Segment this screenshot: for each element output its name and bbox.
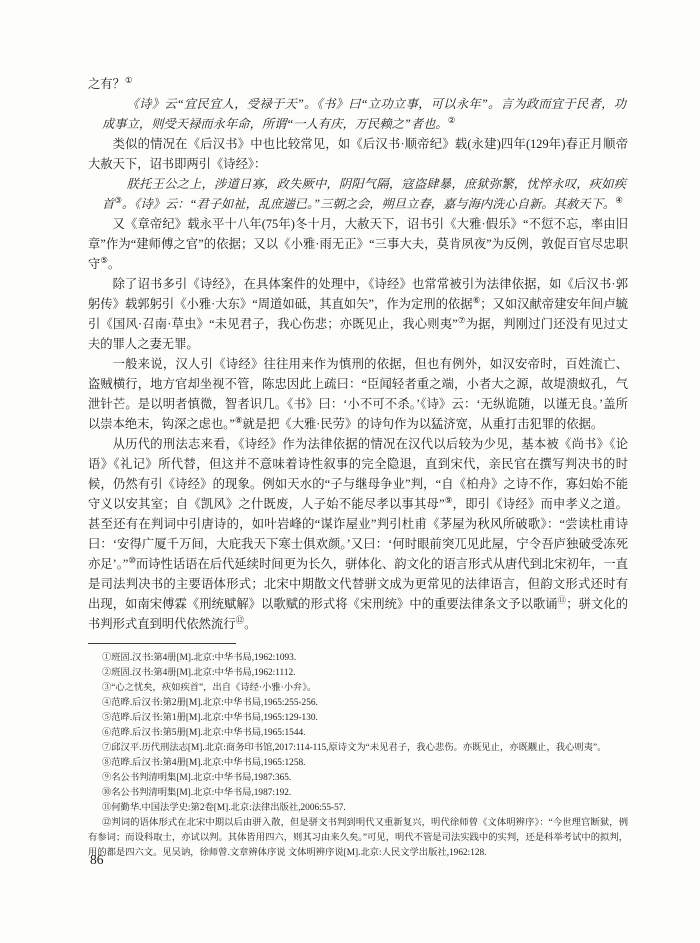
footnote-marker: ⑩	[128, 555, 136, 565]
text-run: 之有？	[88, 77, 125, 91]
footnotes-list: ①班固.汉书:第4册[M].北京:中华书局,1962:1093.②班固.汉书:第…	[88, 651, 628, 861]
footnote-marker: ①	[125, 75, 133, 85]
paragraph: 一般来说，汉人引《诗经》往往用来作为慎刑的依据，但也有例外，如汉安帝时，百姓流亡…	[88, 354, 628, 434]
footnote-marker: ④	[615, 195, 623, 205]
text-run: 类似的情况在《后汉书》中也比较常见，如《后汉书·顺帝纪》载(永建)四年(129年…	[88, 137, 628, 171]
footnote: ⑪何勤华.中国法学史:第2卷[M].北京:法律出版社,2006:55-57.	[88, 801, 628, 816]
footnote: ⑫判词的语体形式在北宋中期以后由骈入散，但是骈文书判到明代又重新复兴，明代徐师曾…	[88, 816, 628, 861]
paragraph: 从历代的刑法志来看，《诗经》作为法律依据的情况在汉代以后较为少见，基本被《尚书》…	[88, 434, 628, 634]
footnote-marker: ⑫	[236, 615, 245, 625]
footnote-marker: ⑨	[445, 495, 453, 505]
text-run: 。	[244, 617, 256, 631]
text-run: 。	[108, 257, 120, 271]
text-run: 就是把《大雅·民劳》的诗句作为以猛济宽，从重打击犯罪的依据。	[243, 417, 604, 431]
book-page: 之有？①《诗》云“宜民宜人，受禄于天”。《书》曰“立功立事，可以永年”。言为政而…	[0, 0, 700, 943]
footnote-marker: ⑧	[235, 415, 243, 425]
page-number: 86	[90, 852, 104, 868]
footnote: ①班固.汉书:第4册[M].北京:中华书局,1962:1093.	[88, 651, 628, 666]
footnote-marker: ⑦	[458, 315, 466, 325]
text-run: 《诗》云“宜民宜人，受禄于天”。《书》曰“立功立事，可以永年”。言为政而宜于民者…	[102, 97, 626, 131]
footnote-marker: ⑤	[100, 255, 108, 265]
text-body: 之有？①《诗》云“宜民宜人，受禄于天”。《书》曰“立功立事，可以永年”。言为政而…	[88, 74, 628, 634]
block-quote: 朕托王公之上，涉道日寡，政失厥中，阴阳气隔，寇盗肆暴，庶狱弥繁，忧悴永叹，疢如疾…	[102, 174, 626, 214]
footnote: ⑨名公书判清明集[M].北京:中华书局,1987:365.	[88, 771, 628, 786]
paragraph: 又《章帝纪》载永平十八年(75年)冬十月，大赦天下，诏书引《大雅·假乐》“不愆不…	[88, 214, 628, 274]
paragraph: 除了诏书多引《诗经》，在具体案件的处理中，《诗经》也常常被引为法律依据，如《后汉…	[88, 274, 628, 354]
page-content: 之有？①《诗》云“宜民宜人，受禄于天”。《书》曰“立功立事，可以永年”。言为政而…	[88, 74, 628, 861]
footnote: ⑧范晔.后汉书:第4册[M].北京:中华书局,1965:1258.	[88, 756, 628, 771]
footnote: ③“心之忧矣，疢如疾首”，出自《诗经·小雅·小弁》。	[88, 681, 628, 696]
footnote-marker: ③	[114, 195, 122, 205]
footnote: ⑥范晔.后汉书:第5册[M].北京:中华书局,1965:1544.	[88, 726, 628, 741]
footnote-marker: ⑪	[558, 595, 567, 605]
text-run: 而诗性话语在后代延续时间更为长久，骈体化、韵文化的语言形式从唐代到北宋初年，一直…	[88, 557, 628, 611]
block-quote: 《诗》云“宜民宜人，受禄于天”。《书》曰“立功立事，可以永年”。言为政而宜于民者…	[102, 94, 626, 134]
footnote-marker: ②	[448, 115, 456, 125]
paragraph: 之有？①	[88, 74, 628, 94]
text-run: 又《章帝纪》载永平十八年(75年)冬十月，大赦天下，诏书引《大雅·假乐》“不愆不…	[88, 217, 628, 271]
text-run: 。《诗》云：“君子如祉，乱庶遄已。”三朝之会，朔旦立春，嘉与海内洗心自新。其赦天…	[122, 197, 615, 211]
footnote: ④范晔.后汉书:第2册[M].北京:中华书局,1965:255-256.	[88, 696, 628, 711]
footnote: ⑦邱汉平.历代刑法志[M].北京:商务印书馆,2017:114-115,原诗文为…	[88, 741, 628, 756]
footnote: ⑩名公书判清明集[M].北京:中华书局,1987:192.	[88, 786, 628, 801]
paragraph: 类似的情况在《后汉书》中也比较常见，如《后汉书·顺帝纪》载(永建)四年(129年…	[88, 134, 628, 174]
footnote-divider	[88, 643, 236, 644]
footnote: ②班固.汉书:第4册[M].北京:中华书局,1962:1112.	[88, 666, 628, 681]
footnote: ⑤范晔.后汉书:第1册[M].北京:中华书局,1965:129-130.	[88, 711, 628, 726]
